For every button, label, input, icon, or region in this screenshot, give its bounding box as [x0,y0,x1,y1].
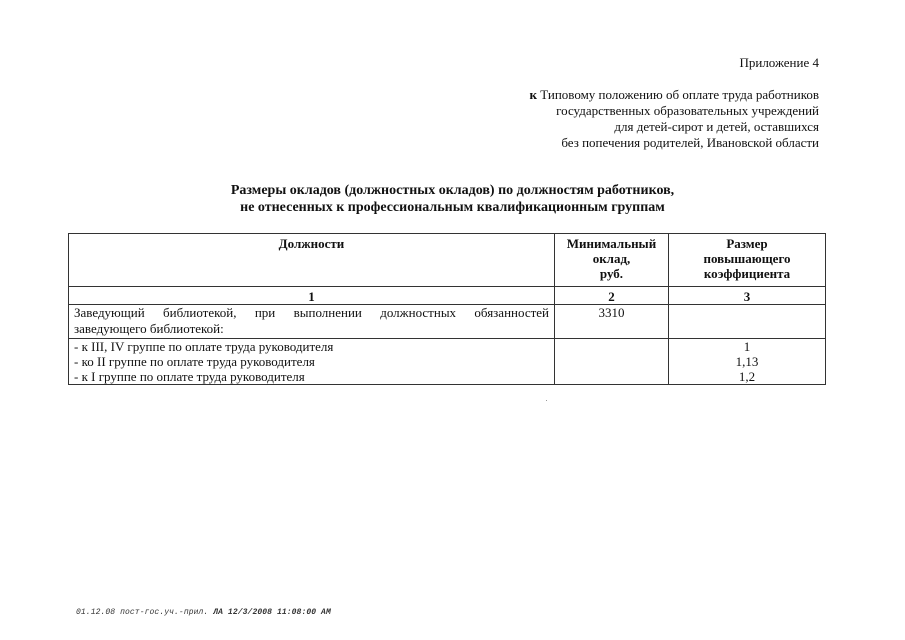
reference-line-2: государственных образовательных учрежден… [530,103,820,119]
reference-prefix: к [530,87,538,102]
header-coefficient-line-2: повышающего [674,251,820,266]
sub-item-position: - к III, IV группе по оплате труда руков… [74,339,549,354]
min-salary-cell [555,339,669,385]
scan-speck [546,400,547,401]
table-row: - к III, IV группе по оплате труда руков… [69,339,826,385]
reference-line-3: для детей-сирот и детей, оставшихся [530,119,820,135]
header-min-salary-line-3: руб. [560,266,663,281]
appendix-label: Приложение 4 [739,55,819,71]
header-positions: Должности [69,234,555,287]
header-coefficient-line-3: коэффициента [674,266,820,281]
document-title: Размеры окладов (должностных окладов) по… [0,182,905,216]
table-header-row: Должности Минимальный оклад, руб. Размер… [69,234,826,287]
footer-meta-left: 01.12.08 пост-гос.уч.-прил. [76,608,208,617]
header-coefficient: Размер повышающего коэффициента [669,234,826,287]
coefficient-cell: 1 1,13 1,2 [669,339,826,385]
sub-item-coefficient: 1,2 [674,369,820,384]
footer-metadata: 01.12.08 пост-гос.уч.-прил. ЛА 12/3/2008… [76,608,331,617]
table-row: Заведующий библиотекой, при выполнении д… [69,305,826,339]
position-cell: - к III, IV группе по оплате труда руков… [69,339,555,385]
column-number-3: 3 [669,287,826,305]
sub-item-coefficient: 1,13 [674,354,820,369]
header-min-salary-line-1: Минимальный [560,236,663,251]
reference-line-1-text: Типовому положению об оплате труда работ… [540,87,819,102]
document-title-line-2: не отнесенных к профессиональным квалифи… [0,199,905,216]
column-number-1: 1 [69,287,555,305]
reference-line-1: к Типовому положению об оплате труда раб… [530,87,820,103]
position-cell: Заведующий библиотекой, при выполнении д… [69,305,555,339]
sub-item-position: - ко II группе по оплате труда руководит… [74,354,549,369]
column-numbers-row: 1 2 3 [69,287,826,305]
sub-item-coefficient: 1 [674,339,820,354]
header-min-salary: Минимальный оклад, руб. [555,234,669,287]
footer-meta-right: ЛА 12/3/2008 11:08:00 AM [213,608,331,617]
coefficient-cell [669,305,826,339]
salary-table: Должности Минимальный оклад, руб. Размер… [68,233,826,385]
reference-line-4: без попечения родителей, Ивановской обла… [530,135,820,151]
min-salary-cell: 3310 [555,305,669,339]
header-positions-label: Должности [74,236,549,251]
header-min-salary-line-2: оклад, [560,251,663,266]
column-number-2: 2 [555,287,669,305]
appendix-reference: к Типовому положению об оплате труда раб… [530,87,820,151]
header-coefficient-line-1: Размер [674,236,820,251]
sub-item-position: - к I группе по оплате труда руководител… [74,369,549,384]
document-title-line-1: Размеры окладов (должностных окладов) по… [0,182,905,199]
